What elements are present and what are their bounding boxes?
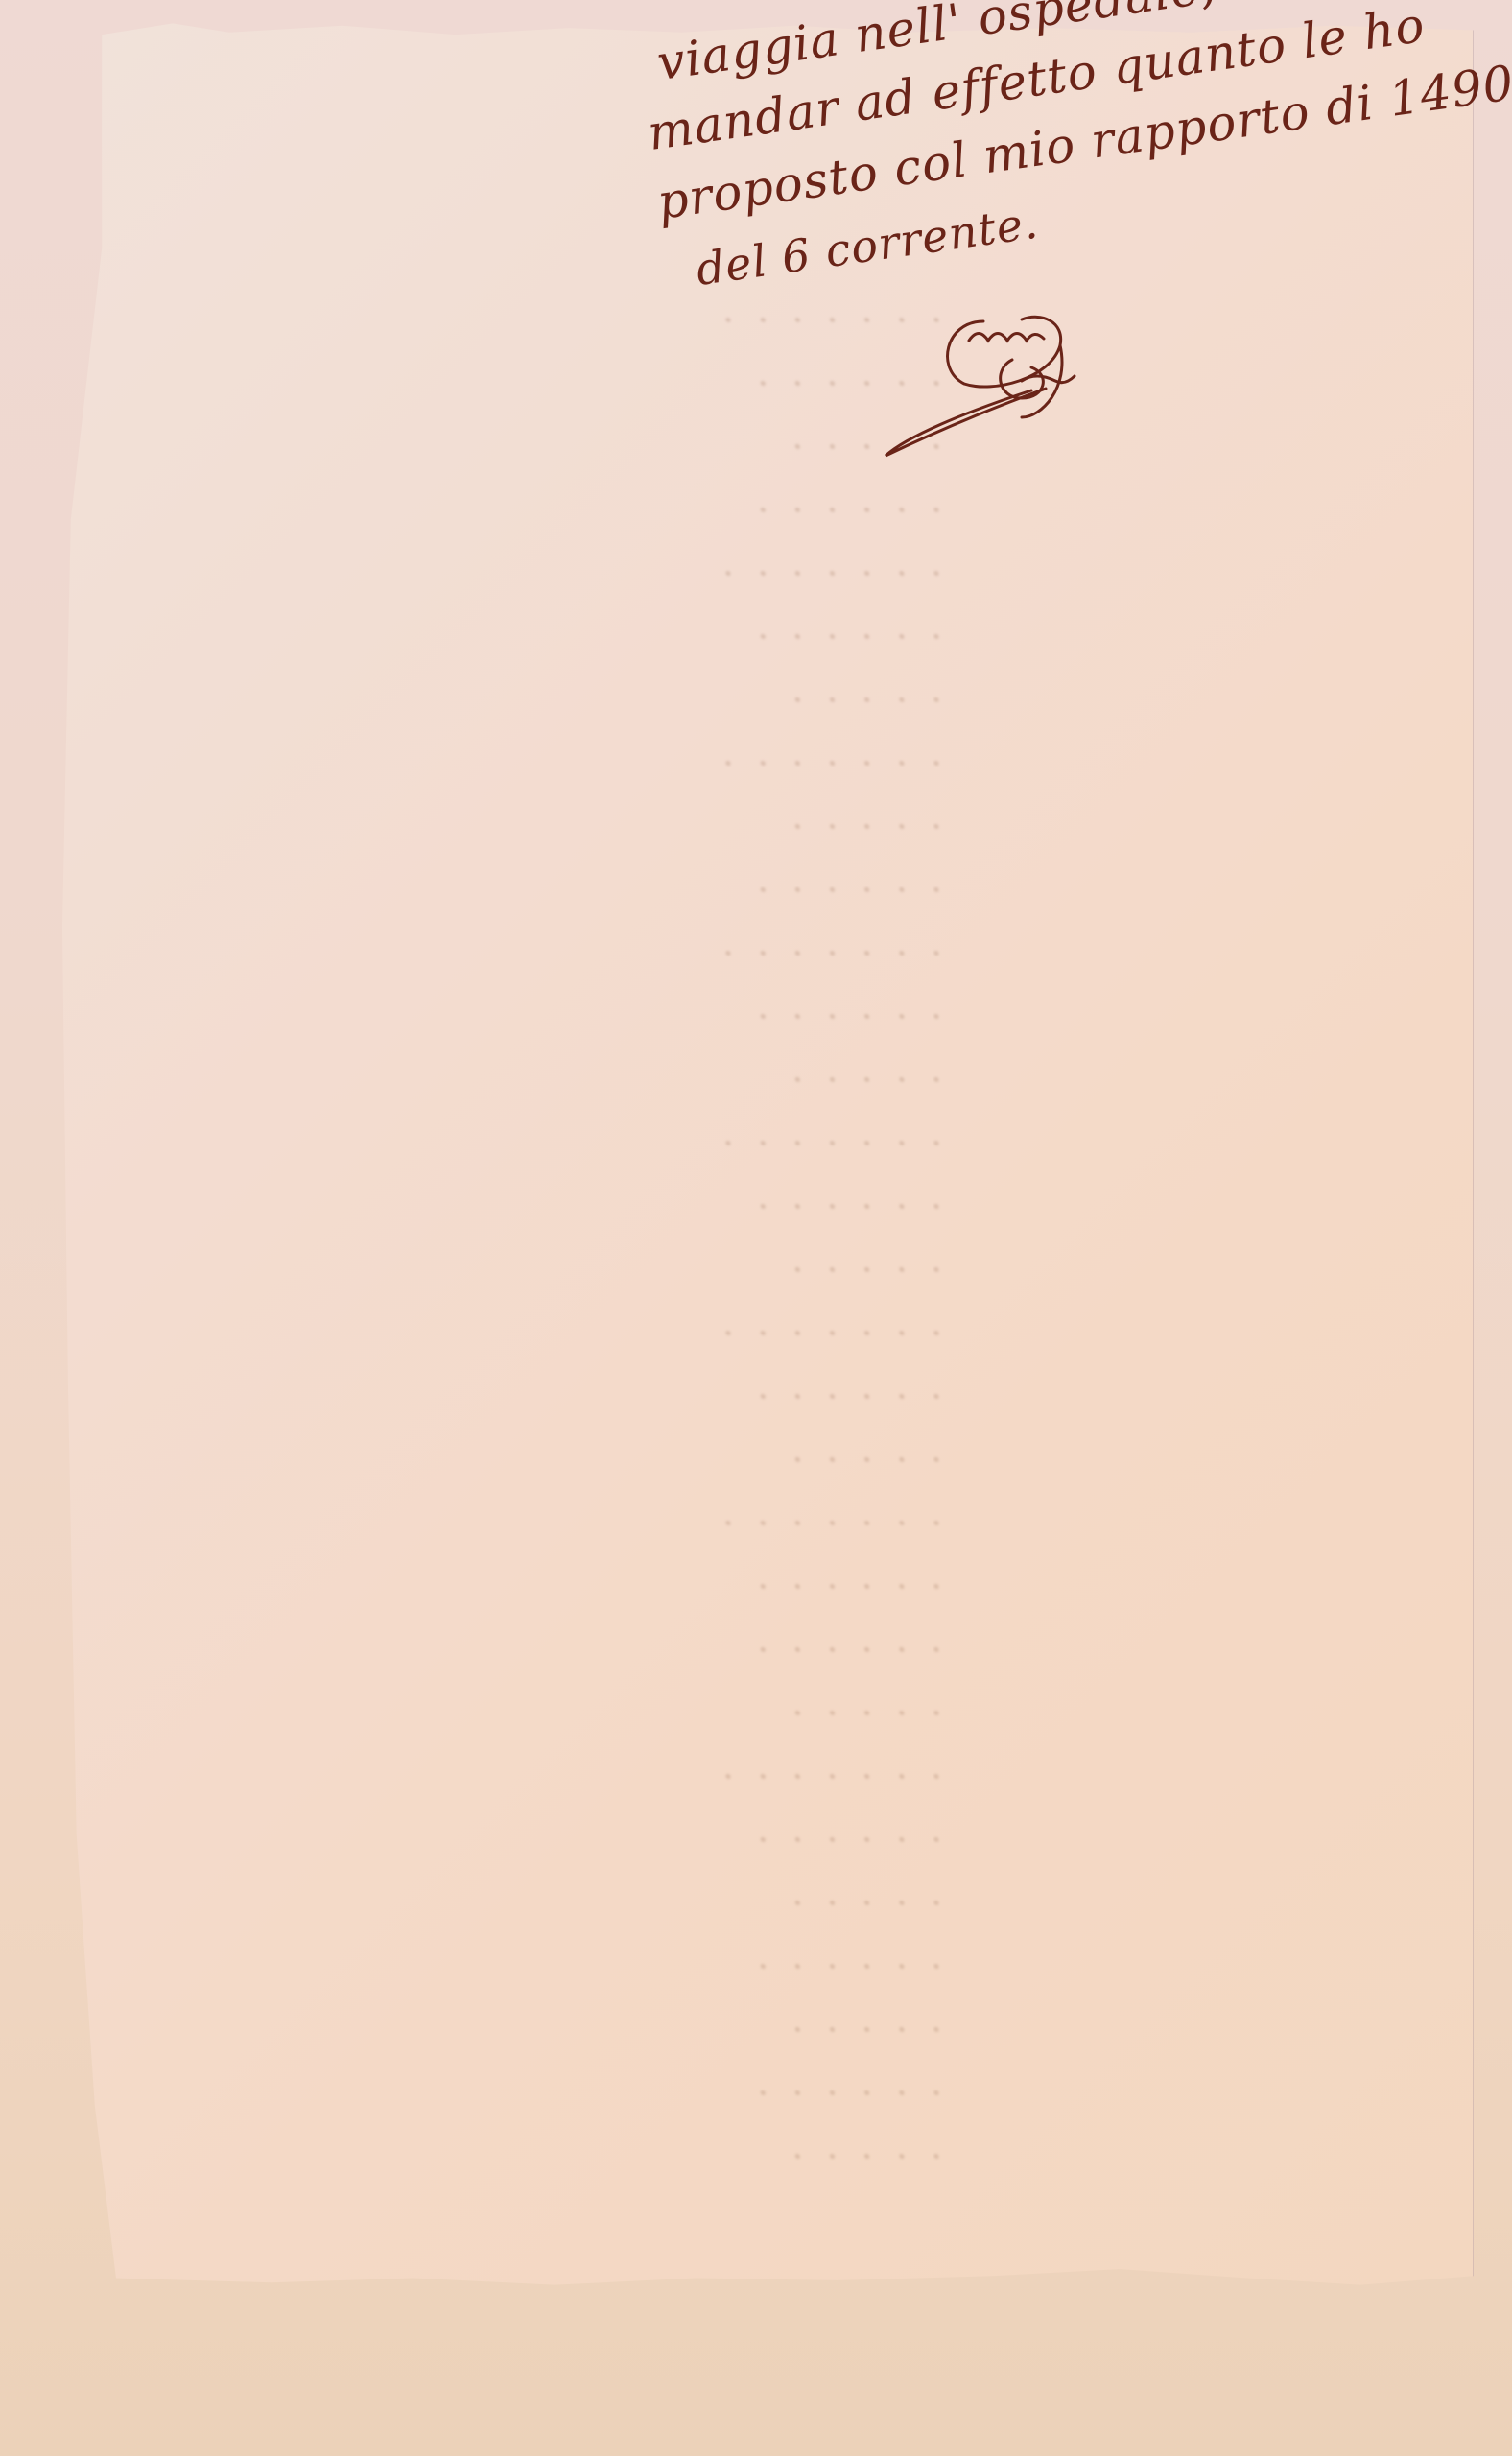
bleed-line: · · · · · · (117, 1186, 942, 1241)
bleed-line: · · · · · (117, 1692, 942, 1748)
bleed-line: · · · · · · · (117, 1122, 942, 1178)
bleed-line: · · · · · · · (117, 933, 942, 988)
bleed-line: · · · · · (117, 426, 942, 482)
bleed-line: · · · · · (117, 2136, 942, 2191)
bleed-line: · · · · · · · (117, 1756, 942, 1811)
bleed-line: · · · · · · (117, 1819, 942, 1875)
handwritten-annotation: viaggia nell' ospedale, che converrà man… (643, 34, 1487, 297)
bleed-line: · · · · · · (117, 869, 942, 925)
bleed-line: · · · · · · · (117, 299, 942, 355)
bleed-line: · · · · · · (117, 2072, 942, 2128)
bleed-line: · · · · · · · (117, 1312, 942, 1368)
bleed-line: · · · · · · (117, 1376, 942, 1431)
manuscript-sheet: · · · · · · · · · · · · · · · · · · · · … (59, 21, 1474, 2287)
bleed-line: · · · · · · (117, 616, 942, 672)
bleed-line: · · · · · (117, 806, 942, 862)
signature-paraph-icon (878, 302, 1156, 465)
bleed-line: · · · · · · · (117, 553, 942, 608)
bleed-line: · · · · · (117, 1059, 942, 1115)
bleed-line: · · · · · (117, 1249, 942, 1305)
bleed-line: · · · · · · (117, 996, 942, 1051)
bleed-line: · · · · · (117, 679, 942, 735)
bleed-line: · · · · · · (117, 489, 942, 545)
bleed-through-text: · · · · · · · · · · · · · · · · · · · · … (117, 299, 942, 2218)
bleed-line: · · · · · · (117, 363, 942, 418)
bleed-line: · · · · · (117, 2009, 942, 2065)
bleed-line: · · · · · · (117, 1566, 942, 1621)
bleed-line: · · · · · · · (117, 743, 942, 798)
bleed-line: · · · · · (117, 1882, 942, 1938)
bleed-line: · · · · · · (117, 1629, 942, 1685)
bleed-line: · · · · · · (117, 1946, 942, 2001)
bleed-line: · · · · · · · (117, 1502, 942, 1558)
bleed-line: · · · · · (117, 1439, 942, 1495)
